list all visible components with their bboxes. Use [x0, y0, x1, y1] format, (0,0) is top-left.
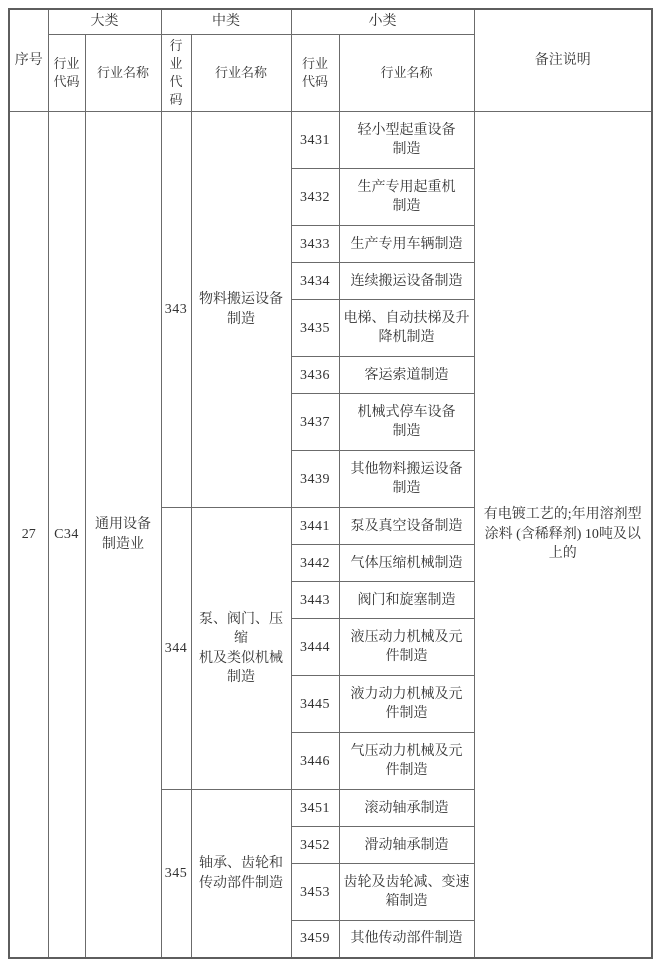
header-middle-code: 行业 代码 [161, 34, 191, 112]
minor-name-cell: 齿轮及齿轮减、变速 箱制造 [339, 864, 474, 921]
header-minor-code: 行业 代码 [291, 34, 339, 112]
minor-name-cell: 液力动力机械及元 件制造 [339, 676, 474, 733]
minor-code-cell: 3442 [291, 545, 339, 582]
minor-code-cell: 3437 [291, 394, 339, 451]
minor-name-cell: 电梯、自动扶梯及升 降机制造 [339, 300, 474, 357]
header-minor-name: 行业名称 [339, 34, 474, 112]
header-minor-group: 小类 [291, 9, 474, 34]
minor-name-cell: 连续搬运设备制造 [339, 263, 474, 300]
minor-code-cell: 3446 [291, 733, 339, 790]
minor-code-cell: 3443 [291, 582, 339, 619]
header-serial: 序号 [9, 9, 48, 112]
remark-cell: 有电镀工艺的;年用溶剂型 涂料 (含稀释剂) 10吨及以 上的 [474, 112, 652, 958]
major-name-cell: 通用设备 制造业 [85, 112, 161, 958]
minor-name-cell: 滑动轴承制造 [339, 827, 474, 864]
minor-code-cell: 3436 [291, 357, 339, 394]
minor-code-cell: 3441 [291, 508, 339, 545]
minor-code-cell: 3451 [291, 790, 339, 827]
minor-name-cell: 泵及真空设备制造 [339, 508, 474, 545]
middle-name-cell: 轴承、齿轮和 传动部件制造 [191, 790, 291, 958]
serial-cell: 27 [9, 112, 48, 958]
minor-name-cell: 气压动力机械及元 件制造 [339, 733, 474, 790]
minor-name-cell: 其他物料搬运设备 制造 [339, 451, 474, 508]
header-remark: 备注说明 [474, 9, 652, 112]
minor-name-cell: 生产专用起重机 制造 [339, 169, 474, 226]
minor-name-cell: 机械式停车设备 制造 [339, 394, 474, 451]
middle-code-cell: 344 [161, 508, 191, 790]
middle-name-cell: 物料搬运设备 制造 [191, 112, 291, 508]
header-middle-group: 中类 [161, 9, 291, 34]
minor-name-cell: 生产专用车辆制造 [339, 226, 474, 263]
minor-code-cell: 3445 [291, 676, 339, 733]
minor-name-cell: 滚动轴承制造 [339, 790, 474, 827]
minor-code-cell: 3459 [291, 921, 339, 958]
minor-name-cell: 气体压缩机械制造 [339, 545, 474, 582]
minor-code-cell: 3433 [291, 226, 339, 263]
minor-code-cell: 3444 [291, 619, 339, 676]
minor-code-cell: 3434 [291, 263, 339, 300]
header-middle-name: 行业名称 [191, 34, 291, 112]
header-major-group: 大类 [48, 9, 161, 34]
minor-name-cell: 轻小型起重设备 制造 [339, 112, 474, 169]
middle-name-cell: 泵、阀门、压缩 机及类似机械 制造 [191, 508, 291, 790]
table-row: 27 C34 通用设备 制造业 343 物料搬运设备 制造 3431 轻小型起重… [9, 112, 652, 169]
industry-classification-table: 序号 大类 中类 小类 备注说明 行业 代码 行业名称 行业 代码 行业名称 行… [8, 8, 653, 959]
major-code-cell: C34 [48, 112, 85, 958]
minor-name-cell: 液压动力机械及元 件制造 [339, 619, 474, 676]
minor-code-cell: 3453 [291, 864, 339, 921]
middle-code-cell: 343 [161, 112, 191, 508]
minor-name-cell: 其他传动部件制造 [339, 921, 474, 958]
header-major-name: 行业名称 [85, 34, 161, 112]
minor-code-cell: 3452 [291, 827, 339, 864]
middle-code-cell: 345 [161, 790, 191, 958]
header-major-code: 行业 代码 [48, 34, 85, 112]
minor-code-cell: 3431 [291, 112, 339, 169]
minor-code-cell: 3439 [291, 451, 339, 508]
minor-name-cell: 客运索道制造 [339, 357, 474, 394]
minor-code-cell: 3432 [291, 169, 339, 226]
minor-name-cell: 阀门和旋塞制造 [339, 582, 474, 619]
minor-code-cell: 3435 [291, 300, 339, 357]
